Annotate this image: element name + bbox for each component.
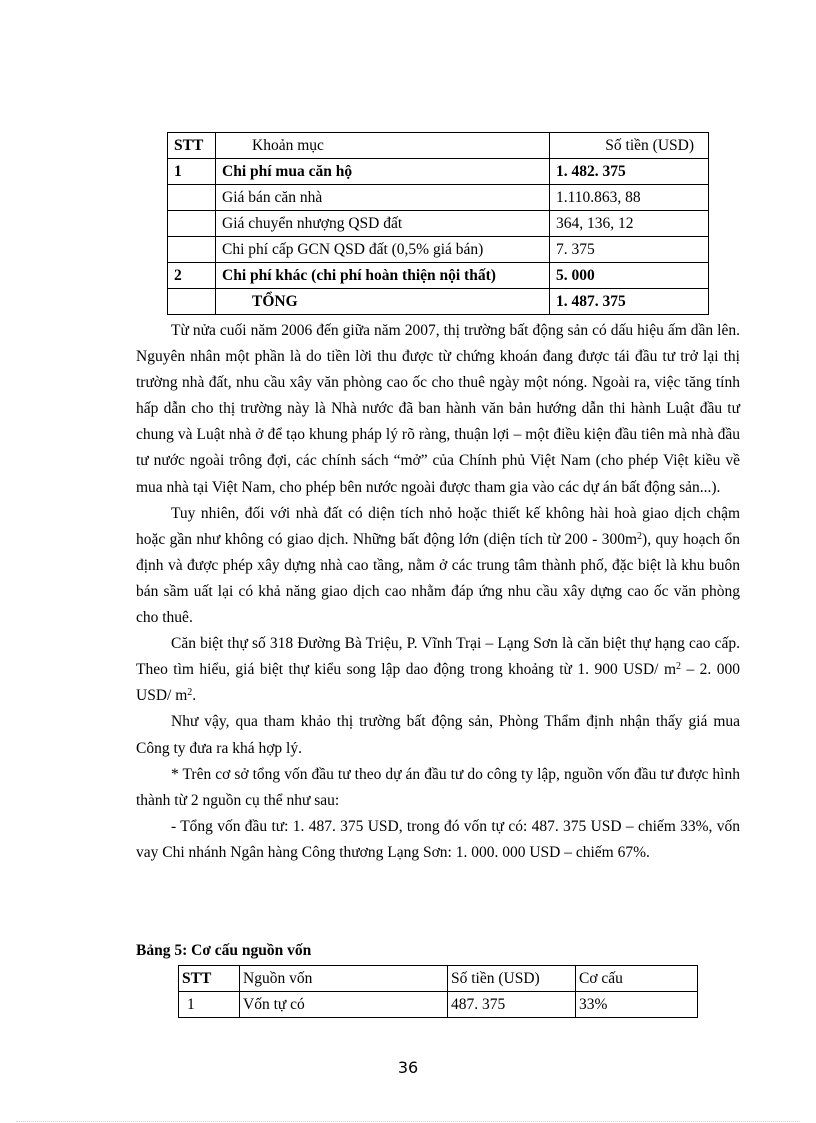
paragraph-villa-price: Căn biệt thự số 318 Đường Bà Triệu, P. V…: [136, 631, 740, 709]
cell-amount: 364, 136, 12: [550, 211, 709, 237]
table-header-row: STT Nguồn vốn Số tiền (USD) Cơ cấu: [179, 966, 698, 992]
header-source: Nguồn vốn: [240, 966, 448, 992]
total-amount: 1. 487. 375: [550, 289, 709, 315]
text-span: Căn biệt thự số 318 Đường Bà Triệu, P. V…: [136, 635, 740, 678]
cell-amount: 1.110.863, 88: [550, 185, 709, 211]
cell-amount: 5. 000: [550, 263, 709, 289]
cost-breakdown-table: STT Khoản mục Số tiền (USD) 1 Chi phí mu…: [167, 132, 709, 315]
cell-share: 33%: [576, 992, 698, 1018]
paragraph-conclusion: Như vậy, qua tham khảo thị trường bất độ…: [136, 709, 740, 761]
cell-item: Chi phí khác (chi phí hoàn thiện nội thấ…: [216, 263, 550, 289]
paragraph-small-land: Tuy nhiên, đối với nhà đất có diện tích …: [136, 501, 740, 631]
document-page: STT Khoản mục Số tiền (USD) 1 Chi phí mu…: [0, 0, 816, 1123]
cell-item: Chi phí cấp GCN QSD đất (0,5% giá bán): [216, 237, 550, 263]
table-row: Chi phí cấp GCN QSD đất (0,5% giá bán) 7…: [168, 237, 709, 263]
page-number: 36: [0, 1058, 816, 1077]
table-row: Giá bán căn nhà 1.110.863, 88: [168, 185, 709, 211]
cell-stt: 2: [168, 263, 216, 289]
paragraph-capital-total: - Tổng vốn đầu tư: 1. 487. 375 USD, tron…: [136, 814, 740, 866]
cell-item: Giá chuyển nhượng QSD đất: [216, 211, 550, 237]
table-row: Giá chuyển nhượng QSD đất 364, 136, 12: [168, 211, 709, 237]
cell-stt: [168, 185, 216, 211]
paragraph-market-trend: Từ nửa cuối năm 2006 đến giữa năm 2007, …: [136, 318, 740, 501]
cell-stt: 1: [179, 992, 240, 1018]
capital-source-table: STT Nguồn vốn Số tiền (USD) Cơ cấu 1 Vốn…: [178, 965, 698, 1018]
text-span: .: [192, 687, 196, 704]
header-item: Khoản mục: [216, 133, 550, 159]
total-label: TỔNG: [216, 289, 550, 315]
cell-amount: 7. 375: [550, 237, 709, 263]
cell-source: Vốn tự có: [240, 992, 448, 1018]
cell-amount: 487. 375: [448, 992, 576, 1018]
table-total-row: TỔNG 1. 487. 375: [168, 289, 709, 315]
paragraph-capital-basis: * Trên cơ sở tổng vốn đầu tư theo dự án …: [136, 762, 740, 814]
page-boundary-divider: [16, 1121, 800, 1122]
table-caption: Bảng 5: Cơ cấu nguồn vốn: [136, 940, 311, 962]
header-stt: STT: [179, 966, 240, 992]
cell-stt: 1: [168, 159, 216, 185]
cell-item: Giá bán căn nhà: [216, 185, 550, 211]
cell-stt: [168, 289, 216, 315]
table-row: 1 Vốn tự có 487. 375 33%: [179, 992, 698, 1018]
table-header-row: STT Khoản mục Số tiền (USD): [168, 133, 709, 159]
header-stt: STT: [168, 133, 216, 159]
table-row: 1 Chi phí mua căn hộ 1. 482. 375: [168, 159, 709, 185]
cell-stt: [168, 211, 216, 237]
cell-stt: [168, 237, 216, 263]
header-amount: Số tiền (USD): [550, 133, 709, 159]
cell-amount: 1. 482. 375: [550, 159, 709, 185]
header-amount: Số tiền (USD): [448, 966, 576, 992]
cell-item: Chi phí mua căn hộ: [216, 159, 550, 185]
table-row: 2 Chi phí khác (chi phí hoàn thiện nội t…: [168, 263, 709, 289]
body-text: Từ nửa cuối năm 2006 đến giữa năm 2007, …: [136, 318, 740, 866]
header-share: Cơ cấu: [576, 966, 698, 992]
